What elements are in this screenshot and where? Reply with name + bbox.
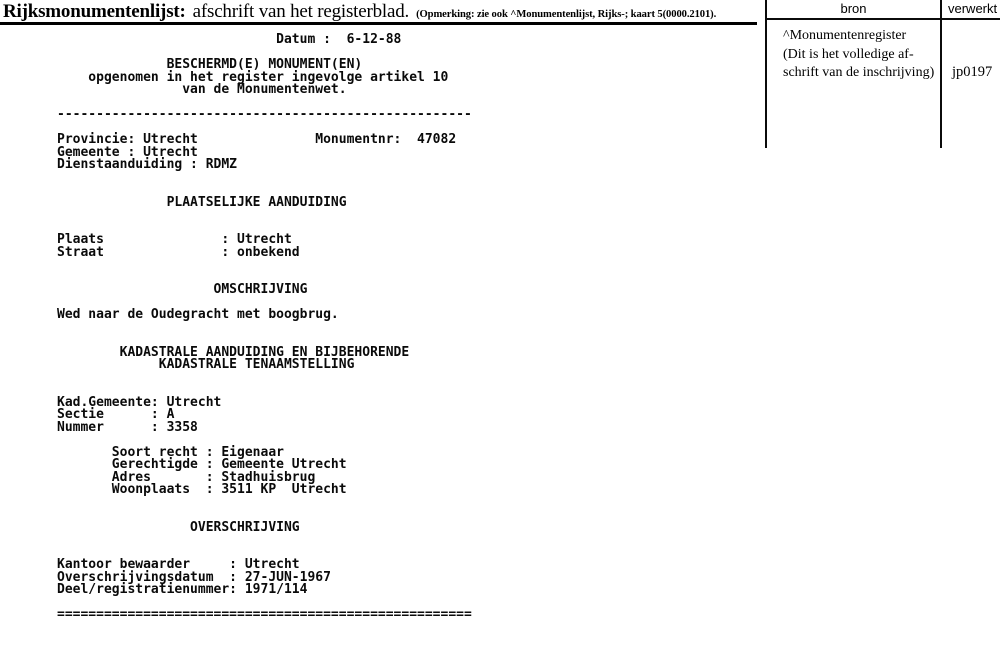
table-header-row: bron verwerkt — [767, 0, 1000, 20]
register-title: Rijksmonumentenlijst: — [3, 1, 186, 23]
scanned-register-page: Rijksmonumentenlijst: afschrift van het … — [0, 0, 1000, 650]
source-cell: ^Monumentenregister (Dit is het volledig… — [783, 27, 934, 83]
typewritten-register-body: Datum : 6-12-88 BESCHERMD(E) MONUMENT(EN… — [57, 34, 472, 622]
register-note: (Opmerking: zie ook ^Monumentenlijst, Ri… — [416, 9, 716, 20]
register-subtitle: afschrift van het registerblad. — [193, 1, 409, 23]
header-rule — [0, 22, 757, 25]
reference-table: bron verwerkt ^Monumentenregister (Dit i… — [765, 0, 1000, 148]
page-header: Rijksmonumentenlijst: afschrift van het … — [3, 1, 759, 23]
column-header-bron: bron — [767, 1, 940, 16]
processed-cell: jp0197 — [952, 64, 992, 81]
table-column-divider — [940, 0, 942, 148]
column-header-verwerkt: verwerkt — [948, 1, 997, 16]
